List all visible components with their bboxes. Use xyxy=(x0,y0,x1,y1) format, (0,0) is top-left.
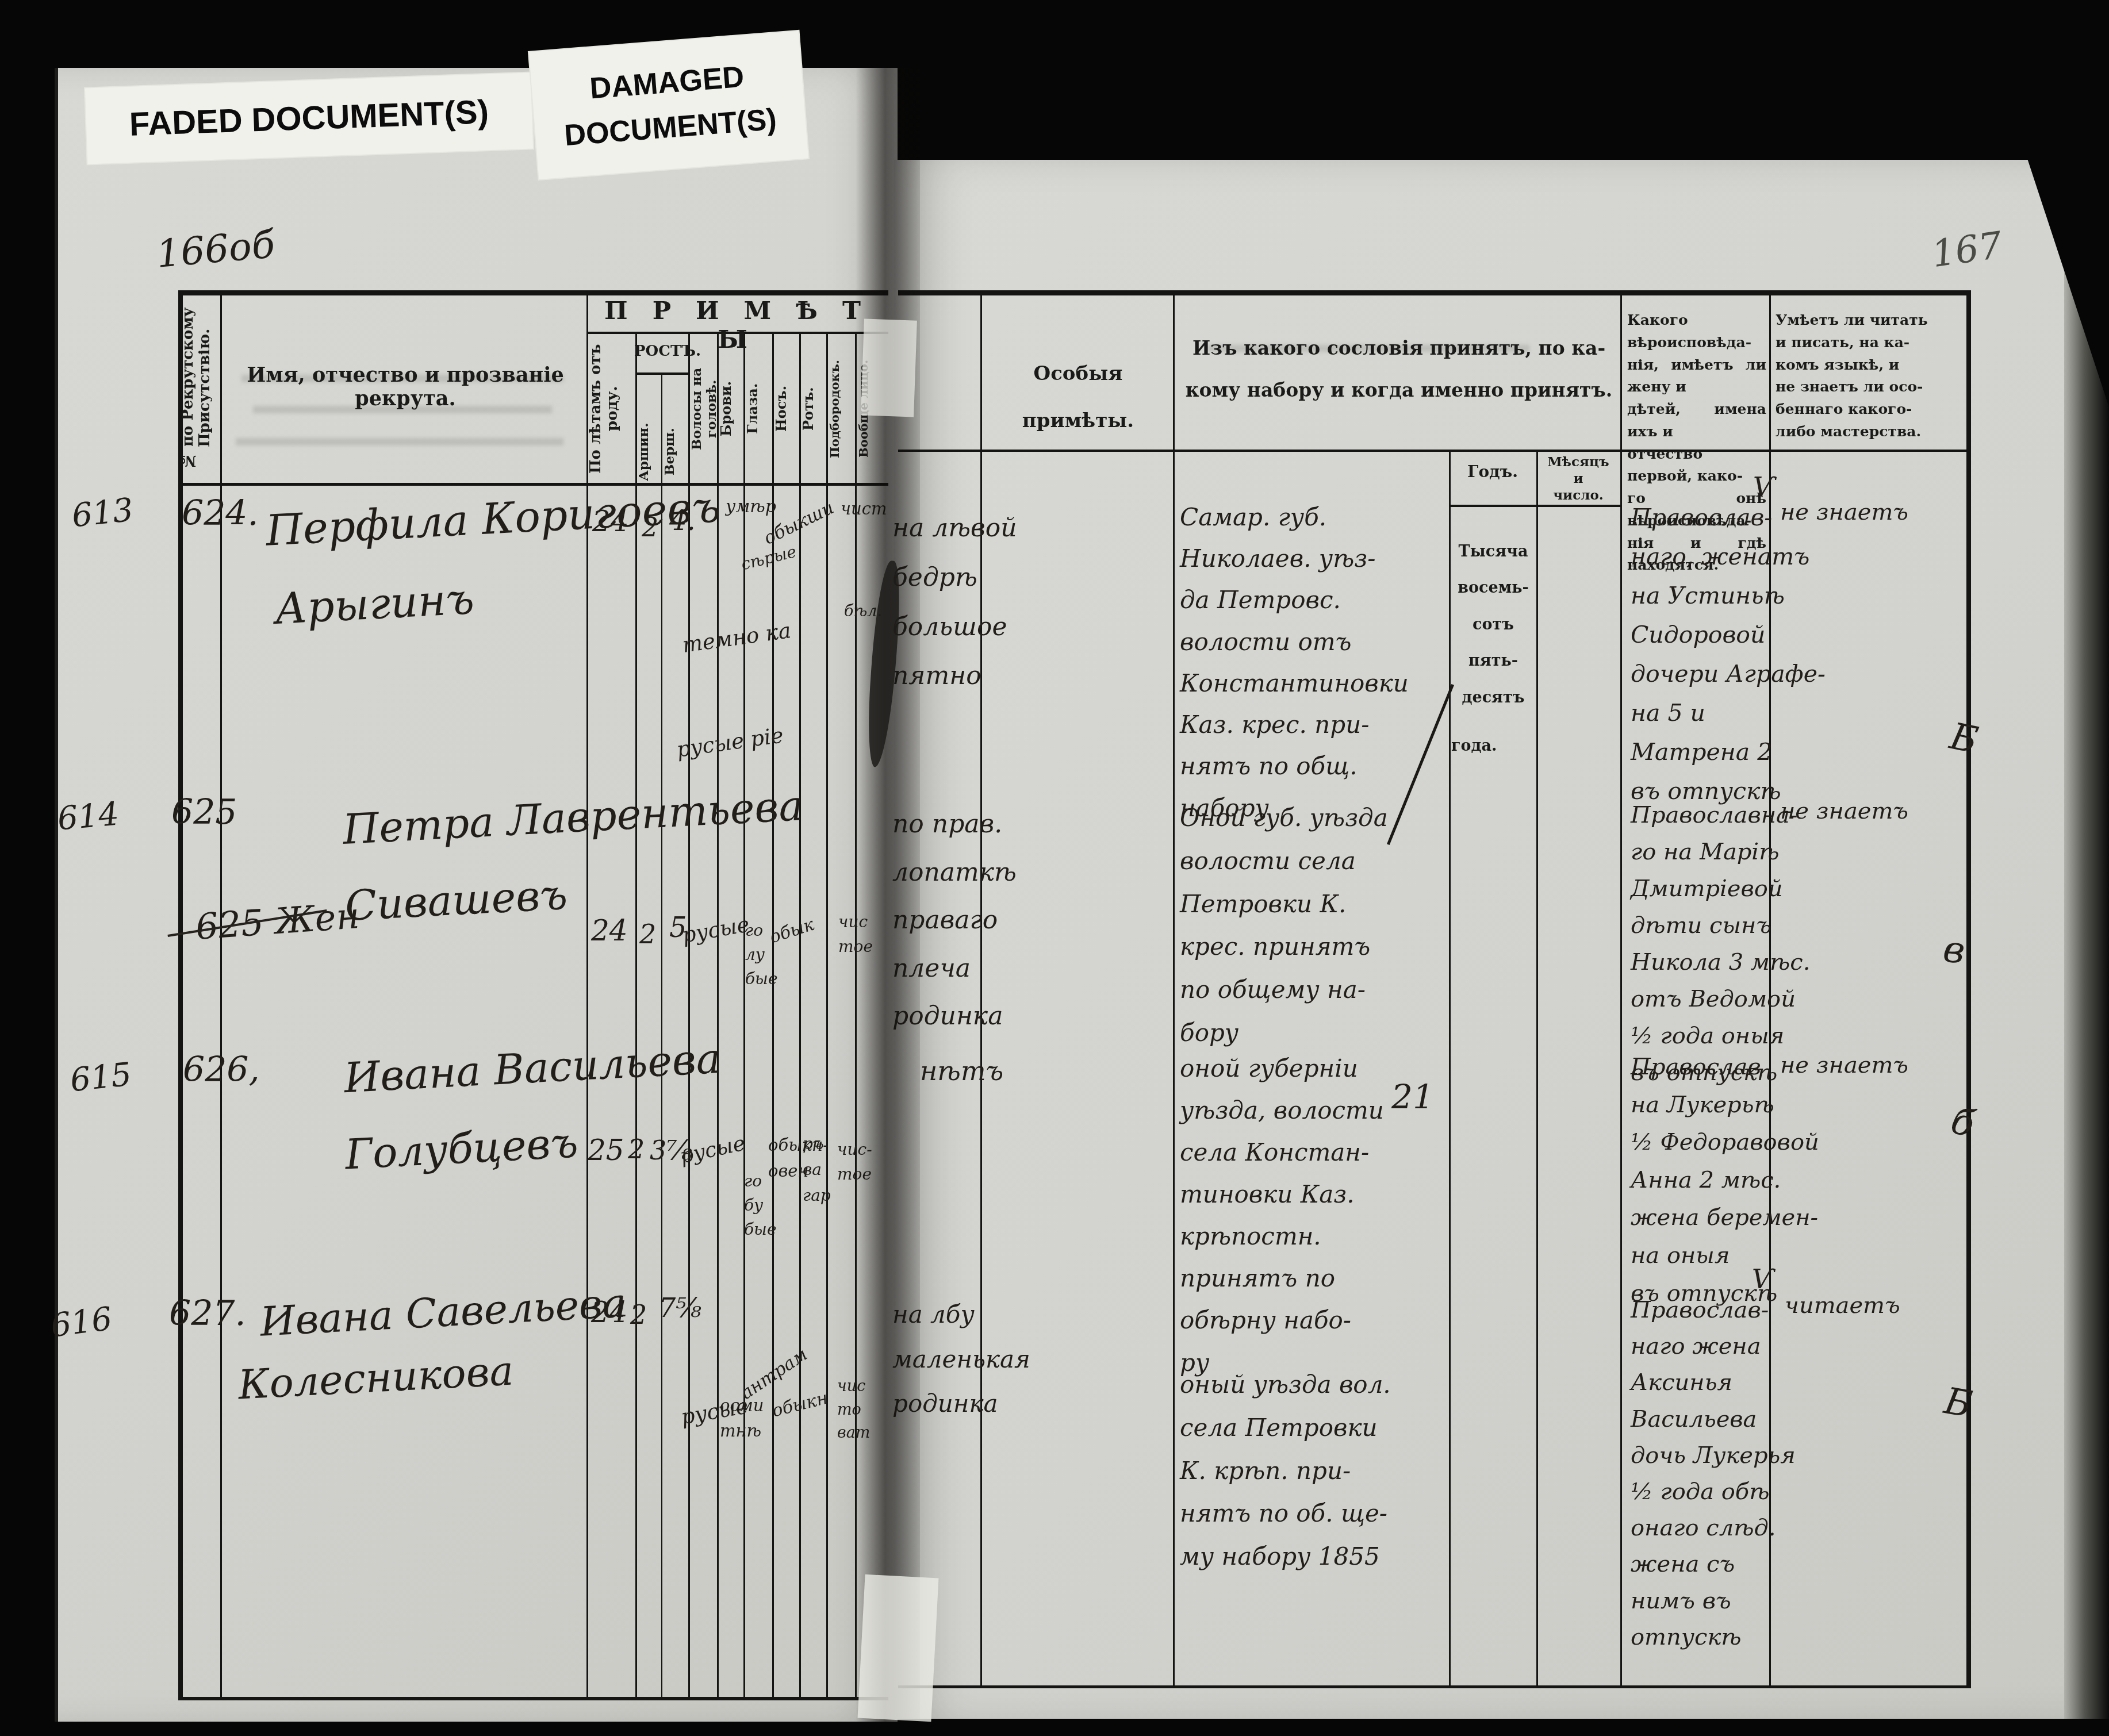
column-header-chin: Подбородокъ. xyxy=(828,338,854,479)
cell-estate: оный уѣзда вол. села Петровки К. крѣп. п… xyxy=(1180,1364,1450,1578)
cell-age: 24 xyxy=(591,1296,628,1329)
column-header-height-group: РОСТЪ. xyxy=(634,343,689,360)
grid-line xyxy=(826,332,828,1697)
column-header-recruit-number: № по Рекрутскому Присутствію. xyxy=(180,297,220,479)
cell-mouth: ръ ва гар xyxy=(803,1131,831,1208)
grid-line xyxy=(1536,450,1538,1685)
cell-literacy: не знаетъ xyxy=(1780,499,1908,525)
cell-special-marks: нѣтъ xyxy=(920,1055,1003,1086)
cell-arshin: 2 xyxy=(639,919,656,950)
grid-line xyxy=(1449,505,1621,507)
cell-religion: Православ- наго, женатъ на Устиньѣ Сидор… xyxy=(1631,498,1872,811)
damaged-document-label: DAMAGED DOCUMENT(S) xyxy=(529,31,808,179)
grid-line xyxy=(661,372,662,1697)
grid-line xyxy=(178,1697,888,1700)
column-header-brows: Брови. xyxy=(719,338,743,479)
column-header-nose: Носъ. xyxy=(774,338,798,479)
bleedthrough xyxy=(236,438,563,445)
year-printed-template: Тысяча восемь- сотъ пять- десятъ xyxy=(1451,533,1535,716)
margin-number: 613 xyxy=(70,491,135,535)
column-header-hair: Волосы на головѣ. xyxy=(689,338,716,479)
cell-literacy: не знаетъ xyxy=(1780,798,1908,824)
margin-number: 615 xyxy=(68,1056,133,1100)
column-header-age: По лѣтамъ отъ роду. xyxy=(588,338,635,479)
grid-line xyxy=(178,483,888,486)
cell-religion: Православ- наго жена Аксинья Васильева д… xyxy=(1631,1292,1872,1656)
religion-check-flourish: Ѵ xyxy=(1751,1263,1774,1295)
grid-line xyxy=(1173,290,1175,1685)
column-header-name: Имя, отчество и прозваніе рекрута. xyxy=(230,363,581,410)
grid-line xyxy=(799,332,801,1697)
repair-tape xyxy=(858,1574,939,1722)
grid-line xyxy=(1966,290,1971,1685)
register-row: 616 627. Ивана Савельева Колесникова 24 … xyxy=(0,1283,2109,1289)
cell-literacy: не знаетъ xyxy=(1780,1052,1908,1078)
column-header-literacy: Умѣетъ ли читать и писать, на ка- комъ я… xyxy=(1776,309,1963,443)
column-header-month-day: Мѣсяцъ и число. xyxy=(1537,454,1619,504)
grid-line xyxy=(178,290,888,295)
cell-vershok: 7⅝ xyxy=(659,1292,701,1323)
register-row: 614 625 Петра Лаврентьева Сивашевъ 24 2 … xyxy=(0,789,2109,794)
repair-tape xyxy=(861,318,917,417)
cell-month-day: 21 xyxy=(1391,1077,1434,1116)
margin-number: 614 xyxy=(56,795,120,838)
cell-age: 25 xyxy=(588,1134,624,1167)
recruit-number: 627. xyxy=(169,1293,246,1334)
cell-age: 24 xyxy=(592,505,629,538)
grid-line xyxy=(898,450,1971,452)
register-row: 615 626, Ивана Васильева Голубцевъ 25 2 … xyxy=(0,1042,2109,1047)
scanned-register-spread: № по Рекрутскому Присутствію. Имя, отчес… xyxy=(0,0,2109,1736)
cell-arshin: 2 xyxy=(630,1299,647,1330)
column-header-special-marks: Особыя примѣты. xyxy=(984,351,1172,444)
cell-arshin: 2 xyxy=(628,1134,645,1165)
cell-estate: Самар. губ. Николаев. уѣз- да Петровс. в… xyxy=(1180,497,1450,829)
cell-age: 24 xyxy=(591,914,628,947)
grid-line xyxy=(898,290,1971,295)
grid-line xyxy=(1620,290,1622,1685)
column-header-eyes: Глаза. xyxy=(745,338,769,479)
recruit-number: 626, xyxy=(183,1050,260,1090)
grid-line xyxy=(635,332,637,1697)
recruit-name: Арыгинъ xyxy=(274,574,476,634)
register-row: 613 624. Перфила Коригоевъ Арыгинъ 24 2 … xyxy=(0,487,2109,493)
grid-line xyxy=(898,1685,1971,1688)
column-header-year: Годъ. xyxy=(1450,462,1535,481)
cell-hair: осми тнѣ xyxy=(720,1393,764,1443)
cell-vershok: 4. xyxy=(669,505,696,537)
gutter-shadow xyxy=(856,68,920,1722)
cell-mouth: умѣр xyxy=(726,497,776,517)
column-header-mouth: Ротъ. xyxy=(801,338,825,479)
grid-line xyxy=(717,332,719,1697)
book-edge xyxy=(2064,160,2109,1719)
recruit-number: 625 xyxy=(171,792,237,832)
grid-line xyxy=(743,332,745,1697)
cell-estate: Оной губ. уѣзда волости села Петровки К.… xyxy=(1180,797,1450,1055)
margin-number: 616 xyxy=(48,1300,114,1345)
column-header-estate: Изъ какого сословія принятъ, по ка- кому… xyxy=(1179,328,1619,411)
faded-document-label: FADED DOCUMENT(S) xyxy=(85,73,533,164)
year-printed-template-end: года. xyxy=(1451,737,1535,755)
cell-arshin: 2 xyxy=(642,512,658,543)
recruit-number: 624. xyxy=(182,493,259,533)
cell-literacy: читаетъ xyxy=(1785,1292,1900,1319)
